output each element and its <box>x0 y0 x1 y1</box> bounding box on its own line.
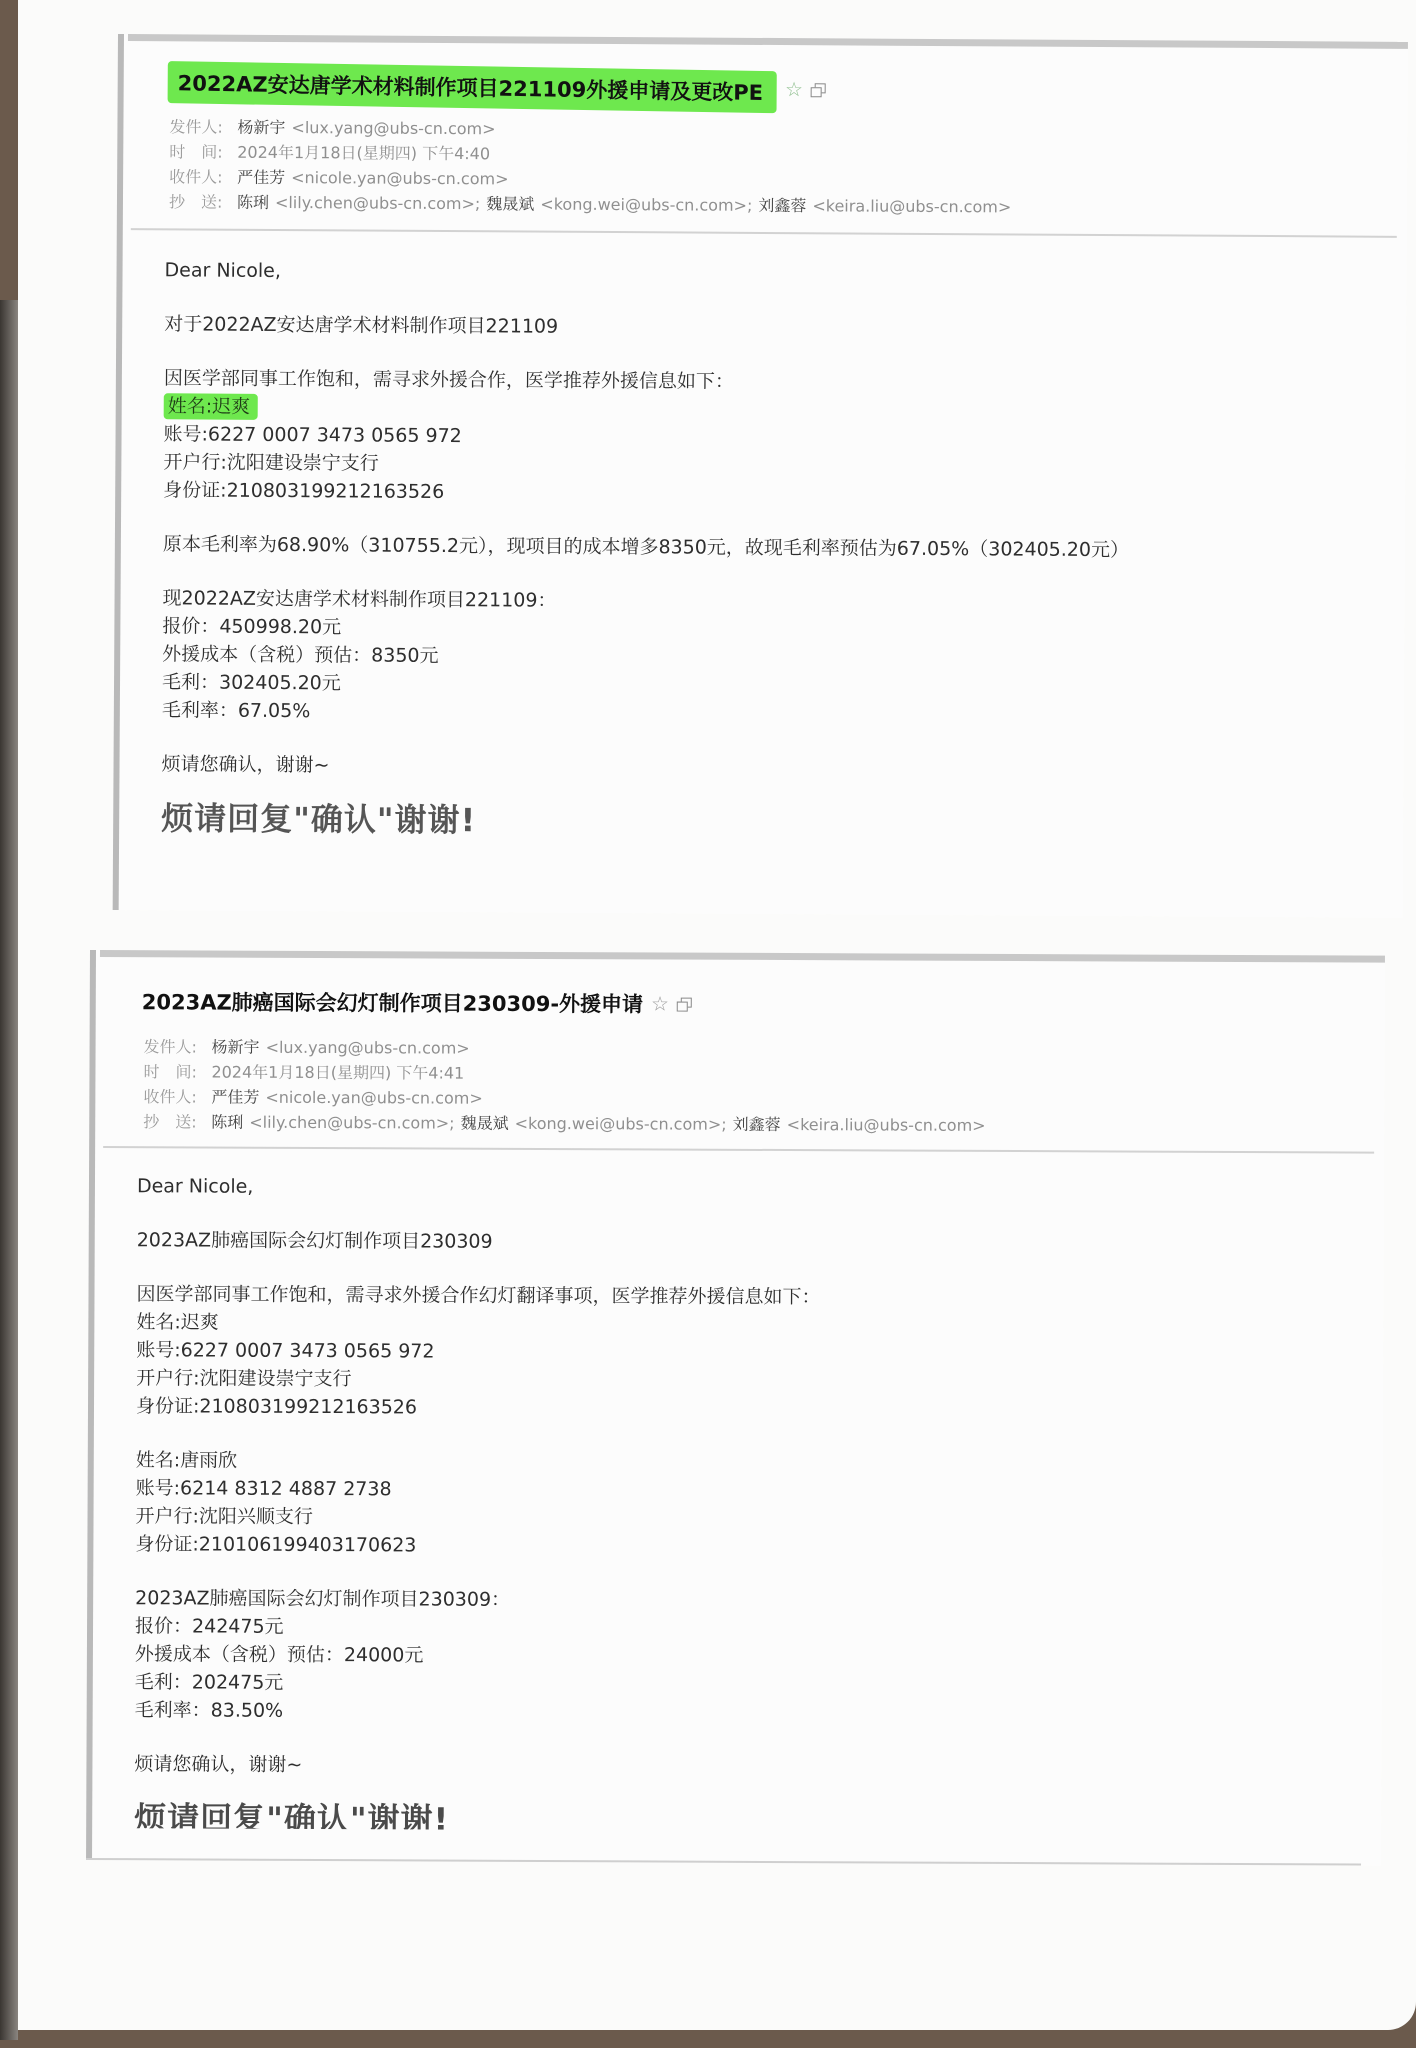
email-printout-2: 2023AZ肺癌国际会幻灯制作项目230309-外援申请 ☆ 发件人: 杨新宇 … <box>86 950 1385 1866</box>
sent-time: 2024年1月18日(星期四) 下午4:40 <box>237 140 490 167</box>
sender-address[interactable]: <lux.yang@ubs-cn.com> <box>266 1035 470 1061</box>
cc-name: 陈琍 <box>237 190 269 215</box>
email-subject: 2023AZ肺癌国际会幻灯制作项目230309-外援申请 ☆ <box>142 986 691 1018</box>
header-divider <box>131 228 1397 238</box>
to-label: 收件人: <box>169 164 231 189</box>
to-label: 收件人: <box>143 1084 205 1109</box>
email-headers: 发件人: 杨新宇 <lux.yang@ubs-cn.com> 时 间: 2024… <box>143 1034 986 1138</box>
header-time: 时 间: 2024年1月18日(星期四) 下午4:41 <box>143 1059 985 1088</box>
frame-border-top <box>128 34 1408 49</box>
recipient-address[interactable]: <nicole.yan@ubs-cn.com> <box>291 165 509 191</box>
email-printout-1: 2022AZ安达唐学术材料制作项目221109外援申请及更改PE ☆ 发件人: … <box>113 34 1408 918</box>
sender-name: 杨新宇 <box>237 115 285 140</box>
contractor-account: 账号:6214 8312 4887 2738 <box>136 1474 1343 1507</box>
contractor-name-highlighted: 姓名:迟爽 <box>164 393 259 420</box>
sender-address[interactable]: <lux.yang@ubs-cn.com> <box>291 115 495 141</box>
project-line: 2023AZ肺癌国际会幻灯制作项目230309 <box>137 1226 1344 1259</box>
cc-name: 陈琍 <box>211 1110 243 1135</box>
confirm-request: 烦请您确认，谢谢~ <box>161 750 1363 785</box>
cc-address[interactable]: <kong.wei@ubs-cn.com>; <box>515 1111 727 1137</box>
cc-name: 魏晟斌 <box>461 1111 509 1136</box>
time-label: 时 间: <box>143 1059 205 1084</box>
recipient-name: 严佳芳 <box>237 165 285 190</box>
email-headers: 发件人: 杨新宇 <lux.yang@ubs-cn.com> 时 间: 2024… <box>169 114 1012 219</box>
header-to: 收件人: 严佳芳 <nicole.yan@ubs-cn.com> <box>143 1084 985 1113</box>
sender-name: 杨新宇 <box>212 1035 260 1060</box>
printed-page: 2022AZ安达唐学术材料制作项目221109外援申请及更改PE ☆ 发件人: … <box>18 0 1416 2030</box>
cc-address[interactable]: <lily.chen@ubs-cn.com>; <box>249 1110 454 1136</box>
sent-time: 2024年1月18日(星期四) 下午4:41 <box>211 1060 464 1086</box>
cost-line: 外援成本（含税）预估：24000元 <box>135 1640 1342 1673</box>
photo-background-edge <box>0 300 18 2040</box>
frame-border-left <box>86 950 96 1860</box>
cc-address[interactable]: <lily.chen@ubs-cn.com>; <box>275 190 480 216</box>
popout-icon[interactable] <box>811 83 825 96</box>
cc-label: 抄 送: <box>169 189 231 214</box>
cc-address[interactable]: <keira.liu@ubs-cn.com> <box>787 1112 986 1138</box>
email-body: Dear Nicole, 2023AZ肺癌国际会幻灯制作项目230309 因医学… <box>134 1172 1344 1833</box>
email-subject: 2022AZ安达唐学术材料制作项目221109外援申请及更改PE ☆ <box>168 64 826 110</box>
from-label: 发件人: <box>169 114 231 139</box>
confirm-request: 烦请您确认，谢谢~ <box>134 1750 1341 1783</box>
closing-request: 烦请回复"确认"谢谢! <box>134 1796 1341 1833</box>
frame-border-top <box>100 950 1385 963</box>
time-label: 时 间: <box>169 139 231 164</box>
cc-label: 抄 送: <box>143 1109 205 1134</box>
header-cc: 抄 送: 陈琍 <lily.chen@ubs-cn.com>; 魏晟斌 <kon… <box>169 189 1011 219</box>
header-divider <box>103 1146 1374 1154</box>
closing-request: 烦请回复"确认"谢谢! <box>161 796 1363 847</box>
cc-name: 刘鑫蓉 <box>758 193 806 218</box>
star-icon[interactable]: ☆ <box>651 991 669 1015</box>
star-icon[interactable]: ☆ <box>785 77 803 101</box>
header-cc: 抄 送: 陈琍 <lily.chen@ubs-cn.com>; 魏晟斌 <kon… <box>143 1109 985 1138</box>
intro-text: 因医学部同事工作饱和，需寻求外援合作幻灯翻译事项，医学推荐外援信息如下： <box>136 1280 1343 1313</box>
popout-icon[interactable] <box>677 997 691 1010</box>
contractor-id: 身份证:210106199403170623 <box>135 1530 1342 1563</box>
email-body: Dear Nicole, 对于2022AZ安达唐学术材料制作项目221109 因… <box>161 256 1367 847</box>
cc-name: 刘鑫蓉 <box>733 1112 781 1137</box>
recipient-address[interactable]: <nicole.yan@ubs-cn.com> <box>265 1085 482 1111</box>
subject-text: 2023AZ肺癌国际会幻灯制作项目230309-外援申请 <box>142 986 643 1018</box>
summary-title: 2023AZ肺癌国际会幻灯制作项目230309： <box>135 1584 1342 1617</box>
cc-address[interactable]: <keira.liu@ubs-cn.com> <box>812 193 1011 219</box>
header-from: 发件人: 杨新宇 <lux.yang@ubs-cn.com> <box>144 1034 986 1063</box>
subject-highlight: 2022AZ安达唐学术材料制作项目221109外援申请及更改PE <box>168 61 778 113</box>
page-bottom-rule <box>86 1858 1361 1866</box>
frame-border-left <box>113 34 124 910</box>
contractor-id: 身份证:210803199212163526 <box>136 1392 1343 1425</box>
recipient-name: 严佳芳 <box>211 1085 259 1110</box>
from-label: 发件人: <box>144 1034 206 1059</box>
cc-address[interactable]: <kong.wei@ubs-cn.com>; <box>540 192 752 218</box>
cc-name: 魏晟斌 <box>486 191 534 216</box>
